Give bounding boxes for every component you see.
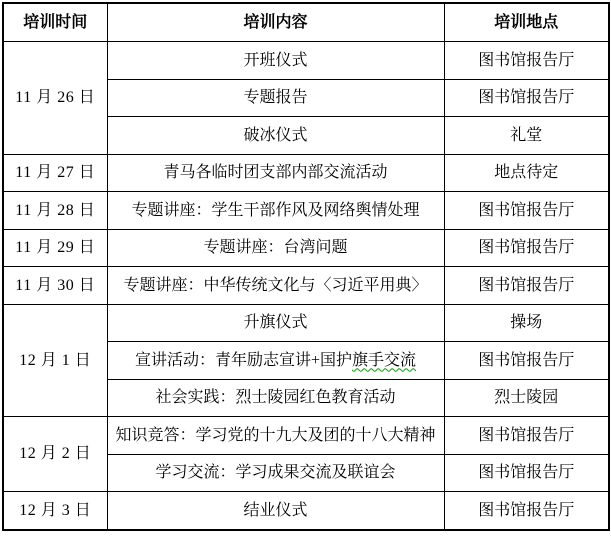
schedule-row: 12 月 1 日升旗仪式操场 [3,304,609,342]
schedule-row: 11 月 26 日开班仪式图书馆报告厅 [3,42,609,80]
spellcheck-squiggle-text: 旗手交流 [352,352,416,369]
date-cell: 11 月 30 日 [3,267,107,305]
date-cell: 11 月 26 日 [3,42,107,155]
content-cell: 专题讲座：学生干部作风及网络舆情处理 [107,192,444,230]
date-cell: 12 月 1 日 [3,304,107,417]
training-schedule-table: 培训时间 培训内容 培训地点 11 月 26 日开班仪式图书馆报告厅专题报告图书… [2,2,610,531]
content-cell: 青马各临时团支部内部交流活动 [107,154,444,192]
location-cell: 地点待定 [444,154,609,192]
header-training-content: 培训内容 [107,3,444,42]
location-cell: 图书馆报告厅 [444,342,609,380]
schedule-body: 11 月 26 日开班仪式图书馆报告厅专题报告图书馆报告厅破冰仪式礼堂11 月 … [3,42,609,530]
date-cell: 11 月 28 日 [3,192,107,230]
schedule-row: 12 月 2 日知识竞答：学习党的十九大及团的十八大精神图书馆报告厅 [3,417,609,455]
content-cell: 学习交流：学习成果交流及联谊会 [107,454,444,492]
location-cell: 操场 [444,304,609,342]
location-cell: 图书馆报告厅 [444,417,609,455]
location-cell: 烈士陵园 [444,379,609,417]
content-cell: 专题讲座：中华传统文化与〈习近平用典〉 [107,267,444,305]
content-cell: 宣讲活动：青年励志宣讲+国护旗手交流 [107,342,444,380]
schedule-row: 11 月 30 日专题讲座：中华传统文化与〈习近平用典〉图书馆报告厅 [3,267,609,305]
content-cell: 升旗仪式 [107,304,444,342]
location-cell: 图书馆报告厅 [444,267,609,305]
content-cell: 知识竞答：学习党的十九大及团的十八大精神 [107,417,444,455]
content-cell: 开班仪式 [107,42,444,80]
date-cell: 11 月 29 日 [3,229,107,267]
content-cell: 结业仪式 [107,492,444,530]
schedule-row: 12 月 3 日结业仪式图书馆报告厅 [3,492,609,530]
location-cell: 图书馆报告厅 [444,229,609,267]
header-training-time: 培训时间 [3,3,107,42]
location-cell: 图书馆报告厅 [444,79,609,117]
schedule-row: 11 月 29 日专题讲座：台湾问题图书馆报告厅 [3,229,609,267]
schedule-row: 11 月 27 日青马各临时团支部内部交流活动地点待定 [3,154,609,192]
content-cell: 社会实践：烈士陵园红色教育活动 [107,379,444,417]
location-cell: 图书馆报告厅 [444,454,609,492]
schedule-row: 11 月 28 日专题讲座：学生干部作风及网络舆情处理图书馆报告厅 [3,192,609,230]
location-cell: 礼堂 [444,117,609,155]
date-cell: 12 月 3 日 [3,492,107,530]
header-row: 培训时间 培训内容 培训地点 [3,3,609,42]
content-cell: 专题报告 [107,79,444,117]
location-cell: 图书馆报告厅 [444,492,609,530]
date-cell: 12 月 2 日 [3,417,107,492]
header-training-location: 培训地点 [444,3,609,42]
location-cell: 图书馆报告厅 [444,192,609,230]
content-cell: 专题讲座：台湾问题 [107,229,444,267]
content-cell: 破冰仪式 [107,117,444,155]
location-cell: 图书馆报告厅 [444,42,609,80]
date-cell: 11 月 27 日 [3,154,107,192]
